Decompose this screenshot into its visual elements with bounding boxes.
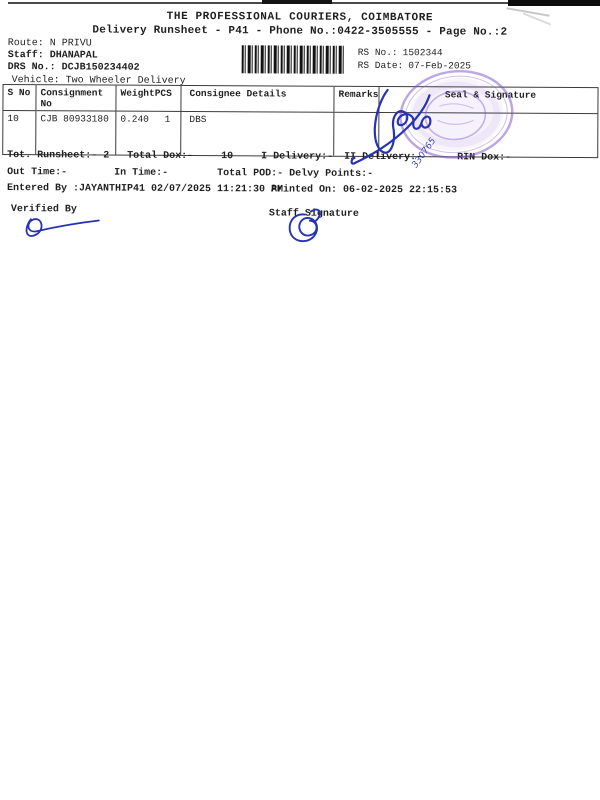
header-remarks: Remarks xyxy=(333,87,378,112)
company-title: THE PROFESSIONAL COURIERS, COIMBATORE xyxy=(0,10,600,25)
cell-weight: 0.240 xyxy=(120,114,149,154)
runsheet-total-value: 2 xyxy=(103,151,109,162)
delivery1-label: I Delivery:- xyxy=(261,151,333,162)
verified-signature xyxy=(27,219,99,236)
route-value: N PRIVU xyxy=(50,38,92,49)
total-dox-label: Total Dox:- xyxy=(127,151,193,162)
route-line: Route:N PRIVU xyxy=(8,38,92,49)
header-sno: S No xyxy=(3,85,35,110)
consignment-table: S No Consignment No Weight PCS Consignee… xyxy=(2,84,598,158)
total-pod-label: Total POD:- xyxy=(217,168,283,179)
cell-consignment: CJB 80933180 xyxy=(35,111,115,154)
table-header-row: S No Consignment No Weight PCS Consignee… xyxy=(3,85,597,114)
header-pcs: PCS xyxy=(155,88,172,110)
cell-pcs: 1 xyxy=(164,114,170,154)
drs-value: DCJB150234402 xyxy=(62,62,140,73)
printed-on-text: Printed On: 06-02-2025 22:15:53 xyxy=(271,184,457,196)
rs-no-value: 1502344 xyxy=(403,47,443,58)
rs-date-label: RS Date: xyxy=(358,60,404,71)
header-weight: Weight xyxy=(120,88,154,110)
drs-label: DRS No.: xyxy=(8,62,56,73)
verified-by-label: Verified By xyxy=(11,204,77,215)
cell-seal xyxy=(378,113,597,157)
entered-by-text: Entered By :JAYANTHIP41 02/07/2025 11:21… xyxy=(7,183,283,195)
rin-dox-label: RIN Dox:- xyxy=(457,152,511,163)
out-time-label: Out Time:- xyxy=(7,167,67,178)
runsheet-total-text: Tot. Runsheet:- xyxy=(7,150,97,161)
rs-info-block: RS No.:1502344 RS Date:07-Feb-2025 xyxy=(358,46,471,73)
runsheet-subtitle: Delivery Runsheet - P41 - Phone No.:0422… xyxy=(0,24,600,39)
delvy-points-label: Delvy Points:- xyxy=(289,169,373,180)
staff-line: Staff:DHANAPAL xyxy=(8,50,98,61)
cell-weight-pcs: 0.240 1 xyxy=(115,112,180,155)
runsheet-total-label: Tot. Runsheet:- 2 xyxy=(7,150,109,162)
staff-value: DHANAPAL xyxy=(50,50,98,61)
in-time-label: In Time:- xyxy=(114,168,168,179)
rs-date-value: 07-Feb-2025 xyxy=(408,60,471,71)
header-consignment: Consignment No xyxy=(35,85,115,110)
staff-signature-label: Staff Signature xyxy=(269,208,359,219)
drs-line: DRS No.:DCJB150234402 xyxy=(8,62,140,74)
barcode-space xyxy=(344,46,346,74)
header-weight-pcs: Weight PCS xyxy=(115,86,180,111)
runsheet-content: THE PROFESSIONAL COURIERS, COIMBATORE De… xyxy=(0,0,600,800)
cell-sno: 10 xyxy=(3,111,35,154)
header-seal: Seal & Signature xyxy=(378,87,597,113)
staff-label: Staff: xyxy=(8,50,44,61)
rs-no-label: RS No.: xyxy=(358,47,398,58)
runsheet-document: THE PROFESSIONAL COURIERS, COIMBATORE De… xyxy=(0,0,600,800)
route-label: Route: xyxy=(8,38,44,49)
delivery2-label: II Delivery:- xyxy=(344,152,422,163)
cell-remarks xyxy=(333,113,378,156)
rs-barcode xyxy=(242,45,346,74)
cell-consignee: DBS xyxy=(180,112,333,156)
rs-no-line: RS No.:1502344 xyxy=(358,46,471,60)
total-dox-value: 10 xyxy=(221,151,233,162)
rs-date-line: RS Date:07-Feb-2025 xyxy=(358,59,471,73)
header-consignee: Consignee Details xyxy=(180,86,333,112)
